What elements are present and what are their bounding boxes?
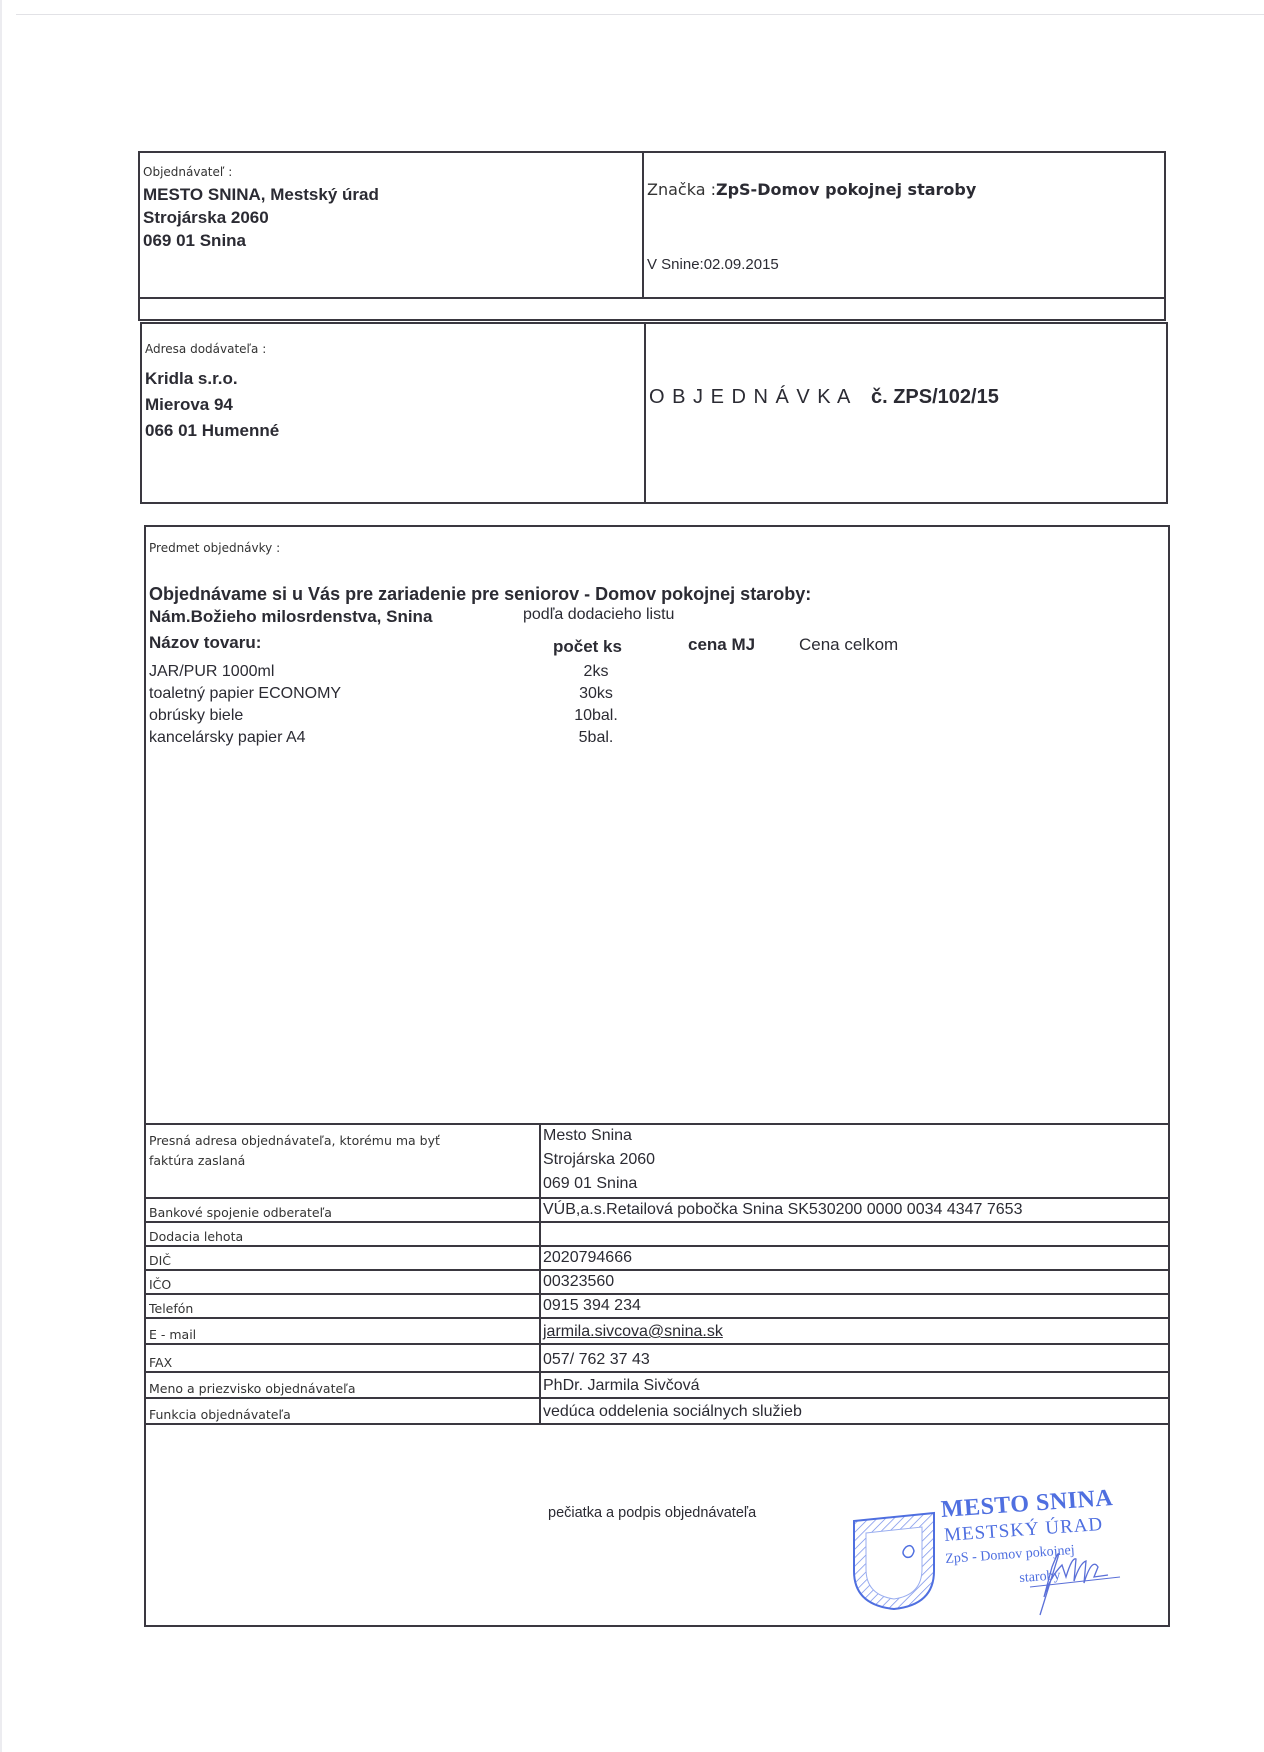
row-value: vedúca oddelenia sociálnych služieb bbox=[543, 1403, 802, 1421]
row-label: E - mail bbox=[149, 1327, 196, 1342]
orderer-box: Objednávateľ : MESTO SNINA, Mestský úrad… bbox=[138, 151, 1166, 321]
order-title-word: O B J E D N Á V K A bbox=[649, 386, 851, 408]
row-value: 0915 394 234 bbox=[543, 1297, 641, 1315]
coat-of-arms-icon bbox=[850, 1511, 938, 1611]
divider bbox=[539, 1399, 541, 1423]
row-value: PhDr. Jarmila Sivčová bbox=[543, 1377, 700, 1395]
signature-label: pečiatka a podpis objednávateľa bbox=[548, 1505, 756, 1521]
divider bbox=[539, 1199, 541, 1221]
orderer-name: MESTO SNINA, Mestský úrad bbox=[143, 185, 379, 205]
table-row: Bankové spojenie odberateľaVÚB,a.s.Retai… bbox=[146, 1197, 1168, 1221]
item-qty: 2ks bbox=[566, 663, 626, 681]
row-value: VÚB,a.s.Retailová pobočka Snina SK530200… bbox=[543, 1201, 1022, 1219]
divider bbox=[140, 297, 1164, 299]
divider bbox=[539, 1319, 541, 1343]
delivery-note: podľa dodacieho listu bbox=[523, 606, 674, 624]
column-qty: počet ks bbox=[553, 637, 622, 657]
row-value: 057/ 762 37 43 bbox=[543, 1351, 650, 1369]
divider bbox=[539, 1247, 541, 1269]
row-value: 00323560 bbox=[543, 1273, 614, 1291]
divider bbox=[539, 1271, 541, 1293]
supplier-box: Adresa dodávateľa : Kridla s.r.o. Mierov… bbox=[140, 322, 1168, 504]
row-label: Telefón bbox=[149, 1301, 193, 1316]
subject-box: Predmet objednávky : Objednávame si u Vá… bbox=[144, 525, 1170, 1627]
table-row: Dodacia lehota bbox=[146, 1221, 1168, 1245]
order-title: O B J E D N Á V K A č. ZPS/102/15 bbox=[649, 386, 999, 409]
table-row: Meno a priezvisko objednávateľaPhDr. Jar… bbox=[146, 1371, 1168, 1397]
item-name: toaletný papier ECONOMY bbox=[149, 685, 341, 703]
item-name: JAR/PUR 1000ml bbox=[149, 663, 274, 681]
row-value: 2020794666 bbox=[543, 1249, 632, 1267]
row-label: FAX bbox=[149, 1355, 172, 1370]
divider bbox=[539, 1295, 541, 1317]
item-qty: 5bal. bbox=[566, 729, 626, 747]
orderer-label: Objednávateľ : bbox=[143, 165, 232, 179]
row-label: Meno a priezvisko objednávateľa bbox=[149, 1381, 356, 1396]
official-stamp: MESTO SNINA MESTSKÝ ÚRAD ZpS - Domov pok… bbox=[850, 1497, 1120, 1613]
invoice-address-line: Mesto Snina bbox=[543, 1127, 632, 1145]
divider bbox=[539, 1345, 541, 1371]
supplier-street: Mierova 94 bbox=[145, 395, 233, 415]
row-label: DIČ bbox=[149, 1253, 171, 1268]
row-label: Funkcia objednávateľa bbox=[149, 1407, 291, 1422]
orderer-street: Strojárska 2060 bbox=[143, 208, 269, 228]
signature-icon bbox=[1000, 1537, 1130, 1617]
row-label: IČO bbox=[149, 1277, 171, 1292]
date-line: V Snine:02.09.2015 bbox=[647, 256, 779, 273]
column-name: Názov tovaru: bbox=[149, 633, 261, 653]
invoice-address-line: 069 01 Snina bbox=[543, 1175, 637, 1193]
scan-edge bbox=[16, 14, 1264, 15]
subject-intro: Objednávame si u Vás pre zariadenie pre … bbox=[149, 584, 811, 605]
scan-edge bbox=[0, 0, 2, 1752]
item-name: kancelársky papier A4 bbox=[149, 729, 306, 747]
divider bbox=[146, 1423, 1168, 1425]
invoice-address-label: Presná adresa objednávateľa, ktorému ma … bbox=[149, 1133, 440, 1148]
order-number: č. ZPS/102/15 bbox=[871, 386, 999, 408]
table-row: IČO00323560 bbox=[146, 1269, 1168, 1293]
row-label: Bankové spojenie odberateľa bbox=[149, 1205, 332, 1220]
table-row: FAX057/ 762 37 43 bbox=[146, 1343, 1168, 1371]
table-row: Funkcia objednávateľavedúca oddelenia so… bbox=[146, 1397, 1168, 1423]
table-row: Presná adresa objednávateľa, ktorému ma … bbox=[146, 1123, 1168, 1197]
row-label: Dodacia lehota bbox=[149, 1229, 243, 1244]
divider bbox=[644, 324, 646, 502]
subject-label: Predmet objednávky : bbox=[149, 541, 280, 555]
table-row: Telefón0915 394 234 bbox=[146, 1293, 1168, 1317]
reference-value: ZpS-Domov pokojnej staroby bbox=[716, 180, 976, 199]
table-row: DIČ2020794666 bbox=[146, 1245, 1168, 1269]
divider bbox=[642, 153, 644, 297]
email-link[interactable]: jarmila.sivcova@snina.sk bbox=[543, 1323, 723, 1341]
divider bbox=[539, 1373, 541, 1397]
supplier-name: Kridla s.r.o. bbox=[145, 369, 238, 389]
table-row: E - mailjarmila.sivcova@snina.sk bbox=[146, 1317, 1168, 1343]
reference-line: Značka :ZpS-Domov pokojnej staroby bbox=[647, 180, 976, 200]
item-name: obrúsky biele bbox=[149, 707, 243, 725]
supplier-label: Adresa dodávateľa : bbox=[145, 342, 266, 356]
orderer-city: 069 01 Snina bbox=[143, 231, 246, 251]
divider bbox=[539, 1125, 541, 1197]
item-qty: 10bal. bbox=[566, 707, 626, 725]
supplier-city: 066 01 Humenné bbox=[145, 421, 279, 441]
delivery-address: Nám.Božieho milosrdenstva, Snina bbox=[149, 607, 432, 627]
reference-label: Značka : bbox=[647, 180, 716, 199]
invoice-address-label: faktúra zaslaná bbox=[149, 1153, 245, 1168]
divider bbox=[539, 1223, 541, 1245]
item-qty: 30ks bbox=[566, 685, 626, 703]
column-unit-price: cena MJ bbox=[688, 635, 755, 655]
column-total: Cena celkom bbox=[799, 635, 898, 655]
invoice-address-line: Strojárska 2060 bbox=[543, 1151, 655, 1169]
